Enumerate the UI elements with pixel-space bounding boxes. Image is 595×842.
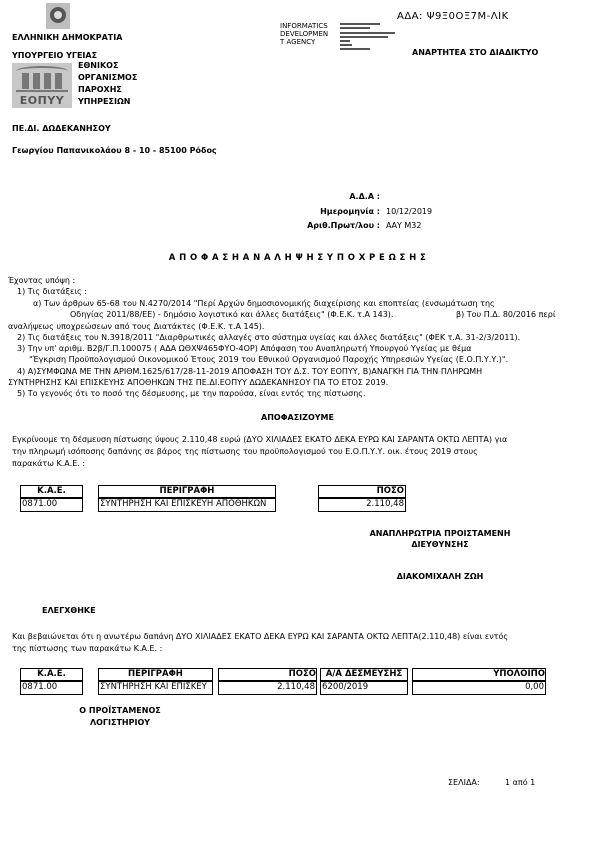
consideration-1b: β) Του Π.Δ. 80/2016 περί (456, 310, 556, 319)
decision-heading: ΑΠΟΦΑΣΙΖΟΥΜΕ (0, 413, 595, 422)
column-header-balance: ΥΠΟΛΟΙΠΟ (413, 669, 545, 682)
branch-label: ΠΕ.ΔΙ. ΔΩΔΕΚΑΝΗΣΟΥ (12, 124, 111, 133)
decision-line-3: παρακάτω Κ.Α.Ε. : (12, 459, 85, 468)
signer-name: ΔΙΑΚΟΜΙΧΑΛΗ ΖΩΗ (340, 572, 540, 581)
column-header-commitment-no: Α/Α ΔΕΣΜΕΥΣΗΣ (321, 669, 407, 682)
verification-table-kae-cell: Κ.Α.Ε. 0871.00 (20, 668, 83, 695)
ministry-label: ΥΠΟΥΡΓΕΙΟ ΥΓΕΙΑΣ (12, 51, 97, 60)
address-label: Γεωργίου Παπανικολάου 8 - 10 - 85100 Ρόδ… (12, 146, 217, 155)
decision-table-amount-cell: ΠΟΣΟ 2.110,48 (318, 485, 406, 512)
verification-line-1: Και βεβαιώνεται ότι η ανωτέρω δαπάνη ΔΥΟ… (12, 632, 508, 641)
consideration-4-cont: ΣΥΝΤΗΡΗΣΗΣ ΚΑΙ ΕΠΙΣΚΕΥΗΣ ΑΠΟΘΗΚΩΝ ΤΗΣ ΠΕ… (8, 378, 388, 387)
table-cell-amount: 2.110,48 (319, 499, 405, 510)
column-header-kae: Κ.Α.Ε. (21, 669, 82, 682)
eopyy-logo-text: ΕΟΠΥΥ (12, 94, 72, 107)
verification-line-2: της πίστωσης των παρακάτω Κ.Α.Ε. : (12, 644, 162, 653)
column-header-kae: Κ.Α.Ε. (21, 486, 82, 499)
table-cell-balance: 0,00 (413, 682, 545, 693)
verification-table-commitment-cell: Α/Α ΔΕΣΜΕΥΣΗΣ 6200/2019 (320, 668, 408, 695)
table-cell-amount: 2.110,48 (219, 682, 316, 693)
table-cell-description: ΣΥΝΤΗΡΗΣΗ ΚΑΙ ΕΠΙΣΚΕΥΗ ΑΠΟΘΗΚΩΝ (99, 499, 275, 510)
eopyy-logo: ΕΟΠΥΥ (12, 63, 72, 108)
consideration-1: 1) Τις διατάξεις : (17, 287, 87, 296)
consideration-1a: α) Των άρθρων 65-68 του Ν.4270/2014 "Περ… (33, 299, 495, 308)
table-cell-kae: 0871.00 (21, 499, 82, 510)
consideration-3: 3) Την υπ' αριθμ. Β2β/Γ.Π.100075 ( ΑΔΑ Ω… (17, 344, 472, 353)
greek-emblem-logo (46, 3, 70, 29)
digital-signature-block (340, 22, 395, 52)
page-number: 1 από 1 (505, 778, 535, 787)
table-cell-kae: 0871.00 (21, 682, 82, 693)
decision-line-2: την πληρωμή ισόποσης δαπάνης σε βάρος τη… (12, 447, 478, 456)
accounting-head-line-1: Ο ΠΡΟΪΣΤΑΜΕΝΟΣ (60, 706, 180, 715)
consideration-1a-cont: Οδηγίας 2011/88/ΕΕ) - δημόσιο λογιστικό … (70, 310, 393, 319)
consideration-2: 2) Τις διατάξεις του Ν.3918/2011 "Διαρθρ… (17, 333, 520, 342)
considerations-intro: Έχοντας υπόψη : (8, 276, 75, 285)
ada-stamp: ΑΔΑ: Ψ9Ξ0ΟΞ7Μ-ΛΙΚ (397, 11, 509, 22)
decision-table-description-cell: ΠΕΡΙΓΡΑΦΗ ΣΥΝΤΗΡΗΣΗ ΚΑΙ ΕΠΙΣΚΕΥΗ ΑΠΟΘΗΚΩ… (98, 485, 276, 512)
date-value: 10/12/2019 (386, 207, 432, 216)
org-name: ΕΘΝΙΚΟΣ ΟΡΓΑΝΙΣΜΟΣ ΠΑΡΟΧΗΣ ΥΠΗΡΕΣΙΩΝ (78, 60, 137, 108)
ada-label: Α.Δ.Α : (260, 192, 380, 201)
consideration-5: 5) Το γεγονός ότι το ποσό της δέσμευσης,… (17, 389, 366, 398)
agency-label: INFORMATICS DEVELOPMEN T AGENCY (280, 22, 328, 46)
column-header-amount: ΠΟΣΟ (219, 669, 316, 682)
verification-table-amount-cell: ΠΟΣΟ 2.110,48 (218, 668, 317, 695)
emblem-icon (50, 7, 66, 23)
consideration-1b-cont: αναλήψεως υποχρεώσεων από τους Διατάκτες… (8, 322, 264, 331)
signer-role-line-2: ΔΙΕΥΘΥΝΣΗΣ (340, 540, 540, 549)
signer-role-line-1: ΑΝΑΠΛΗΡΩΤΡΙΑ ΠΡΟΙΣΤΑΜΕΝΗ (340, 529, 540, 538)
table-cell-description: ΣΥΝΤΗΡΗΣΗ ΚΑΙ ΕΠΙΣΚΕΥ (99, 682, 212, 693)
posted-online-label: ΑΝΑΡΤΗΤΕΑ ΣΤΟ ΔΙΑΔΙΚΤΥΟ (412, 48, 538, 57)
verification-heading: ΕΛΕΓΧΘΗΚΕ (42, 606, 96, 615)
protocol-label: Αριθ.Πρωτ/λου : (240, 221, 380, 230)
page-label: ΣΕΛΙΔΑ: (448, 778, 480, 787)
decision-line-1: Εγκρίνουμε τη δέσμευση πίστωσης ύψους 2.… (12, 435, 507, 444)
verification-table-description-cell: ΠΕΡΙΓΡΑΦΗ ΣΥΝΤΗΡΗΣΗ ΚΑΙ ΕΠΙΣΚΕΥ (98, 668, 213, 695)
column-header-description: ΠΕΡΙΓΡΑΦΗ (99, 486, 275, 499)
republic-label: ΕΛΛΗΝΙΚΗ ΔΗΜΟΚΡΑΤΙΑ (12, 33, 122, 42)
column-header-description: ΠΕΡΙΓΡΑΦΗ (99, 669, 212, 682)
decision-table-kae-cell: Κ.Α.Ε. 0871.00 (20, 485, 83, 512)
accounting-head-line-2: ΛΟΓΙΣΤΗΡΙΟΥ (60, 718, 180, 727)
date-label: Ημερομηνία : (260, 207, 380, 216)
document-title: Α Π Ο Φ Α Σ Η Α Ν Α Λ Η Ψ Η Σ Υ Π Ο Χ Ρ … (0, 253, 595, 263)
protocol-value: ΑΑΥ Μ32 (386, 221, 421, 230)
consideration-4: 4) Α)ΣΥΜΦΩΝΑ ΜΕ ΤΗΝ ΑΡΙΘΜ.1625/617/28-11… (17, 367, 482, 376)
consideration-3-cont: "Έγκριση Προϋπολογισμού Οικονομικού Έτου… (29, 355, 508, 364)
verification-table-balance-cell: ΥΠΟΛΟΙΠΟ 0,00 (412, 668, 546, 695)
column-header-amount: ΠΟΣΟ (319, 486, 405, 499)
table-cell-commitment-no: 6200/2019 (321, 682, 407, 693)
